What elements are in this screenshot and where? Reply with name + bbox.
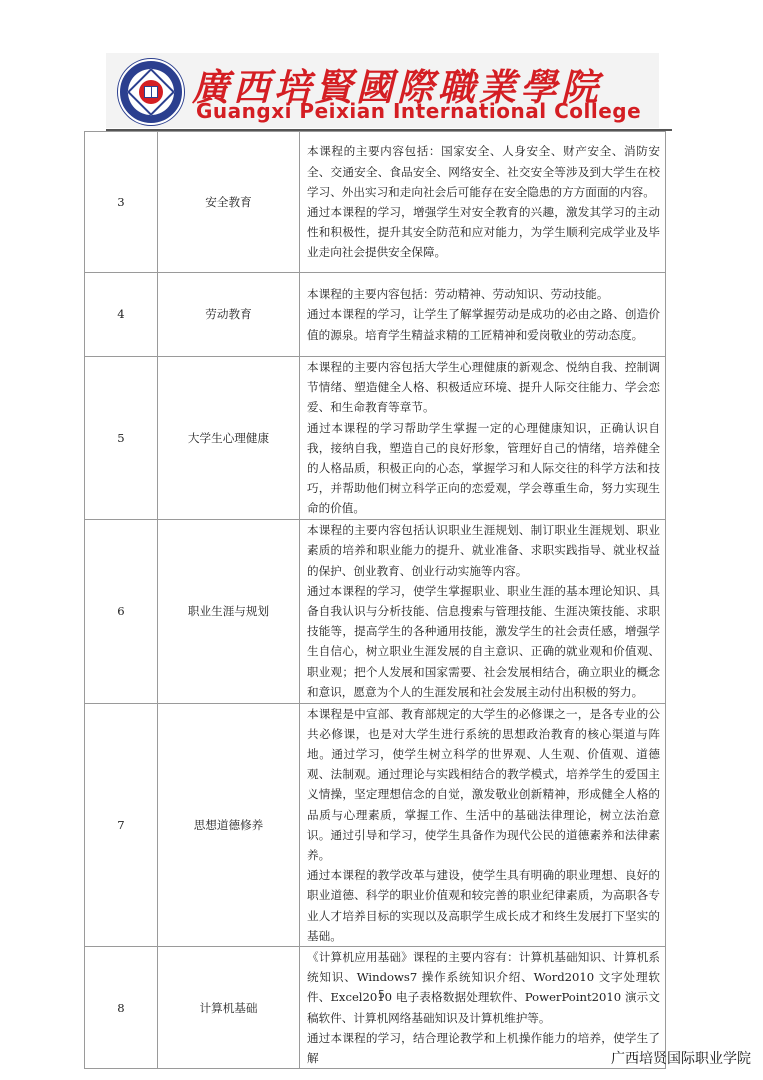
- table-row: 8 计算机基础 《计算机应用基础》课程的主要内容有：计算机基础知识、计算机系统知…: [85, 947, 666, 1069]
- table-row: 3 安全教育 本课程的主要内容包括：国家安全、人身安全、财产安全、消防安全、交通…: [85, 132, 666, 273]
- description-paragraph: 本课程的主要内容包括大学生心理健康的新观念、悦纳自我、控制调节情绪、塑造健全人格…: [307, 357, 660, 418]
- course-name: 劳动教育: [158, 273, 300, 357]
- description-paragraph: 本课程的主要内容包括：劳动精神、劳动知识、劳动技能。: [307, 284, 660, 304]
- course-table: 3 安全教育 本课程的主要内容包括：国家安全、人身安全、财产安全、消防安全、交通…: [84, 131, 666, 1069]
- table-row: 6 职业生涯与规划 本课程的主要内容包括认识职业生涯规划、制订职业生涯规划、职业…: [85, 519, 666, 703]
- college-banner: 廣西培賢國際職業學院 Guangxi Peixian International…: [106, 53, 659, 128]
- course-number: 4: [85, 273, 158, 357]
- page-number: 5: [0, 988, 763, 1001]
- description-paragraph: 本课程的主要内容包括认识职业生涯规划、制订职业生涯规划、职业素质的培养和职业能力…: [307, 520, 660, 581]
- course-name: 计算机基础: [158, 947, 300, 1069]
- course-description: 本课程的主要内容包括：国家安全、人身安全、财产安全、消防安全、交通安全、食品安全…: [300, 132, 666, 273]
- course-description: 本课程的主要内容包括大学生心理健康的新观念、悦纳自我、控制调节情绪、塑造健全人格…: [300, 357, 666, 520]
- course-description: 本课程的主要内容包括：劳动精神、劳动知识、劳动技能。 通过本课程的学习，让学生了…: [300, 273, 666, 357]
- course-number: 6: [85, 519, 158, 703]
- description-paragraph: 通过本课程的学习，让学生了解掌握劳动是成功的必由之路、创造价值的源泉。培育学生精…: [307, 304, 660, 344]
- description-paragraph: 通过本课程的教学改革与建设，使学生具有明确的职业理想、良好的职业道德、科学的职业…: [307, 865, 660, 946]
- course-number: 7: [85, 703, 158, 946]
- table-row: 4 劳动教育 本课程的主要内容包括：劳动精神、劳动知识、劳动技能。 通过本课程的…: [85, 273, 666, 357]
- course-description: 本课程是中宣部、教育部规定的大学生的必修课之一，是各专业的公共必修课，也是对大学…: [300, 703, 666, 946]
- course-number: 5: [85, 357, 158, 520]
- course-name: 安全教育: [158, 132, 300, 273]
- course-name: 职业生涯与规划: [158, 519, 300, 703]
- table-row: 7 思想道德修养 本课程是中宣部、教育部规定的大学生的必修课之一，是各专业的公共…: [85, 703, 666, 946]
- description-paragraph: 本课程是中宣部、教育部规定的大学生的必修课之一，是各专业的公共必修课，也是对大学…: [307, 704, 660, 866]
- description-paragraph: 通过本课程的学习帮助学生掌握一定的心理健康知识，正确认识自我，接纳自我，塑造自己…: [307, 418, 660, 519]
- description-paragraph: 本课程的主要内容包括：国家安全、人身安全、财产安全、消防安全、交通安全、食品安全…: [307, 141, 660, 202]
- course-name: 思想道德修养: [158, 703, 300, 946]
- course-number: 8: [85, 947, 158, 1069]
- table-row: 5 大学生心理健康 本课程的主要内容包括大学生心理健康的新观念、悦纳自我、控制调…: [85, 357, 666, 520]
- course-description: 本课程的主要内容包括认识职业生涯规划、制订职业生涯规划、职业素质的培养和职业能力…: [300, 519, 666, 703]
- college-emblem-icon: [118, 59, 184, 125]
- college-name-english: Guangxi Peixian International College: [196, 99, 641, 123]
- footer-organization: 广西培贤国际职业学院: [611, 1048, 751, 1068]
- course-name: 大学生心理健康: [158, 357, 300, 520]
- course-number: 3: [85, 132, 158, 273]
- description-paragraph: 通过本课程的学习，结合理论教学和上机操作能力的培养，使学生了解: [307, 1028, 660, 1068]
- description-paragraph: 通过本课程的学习，使学生掌握职业、职业生涯的基本理论知识、具备自我认识与分析技能…: [307, 581, 660, 702]
- book-icon: [144, 86, 158, 98]
- description-paragraph: 通过本课程的学习，增强学生对安全教育的兴趣，激发其学习的主动性和积极性，提升其安…: [307, 202, 660, 263]
